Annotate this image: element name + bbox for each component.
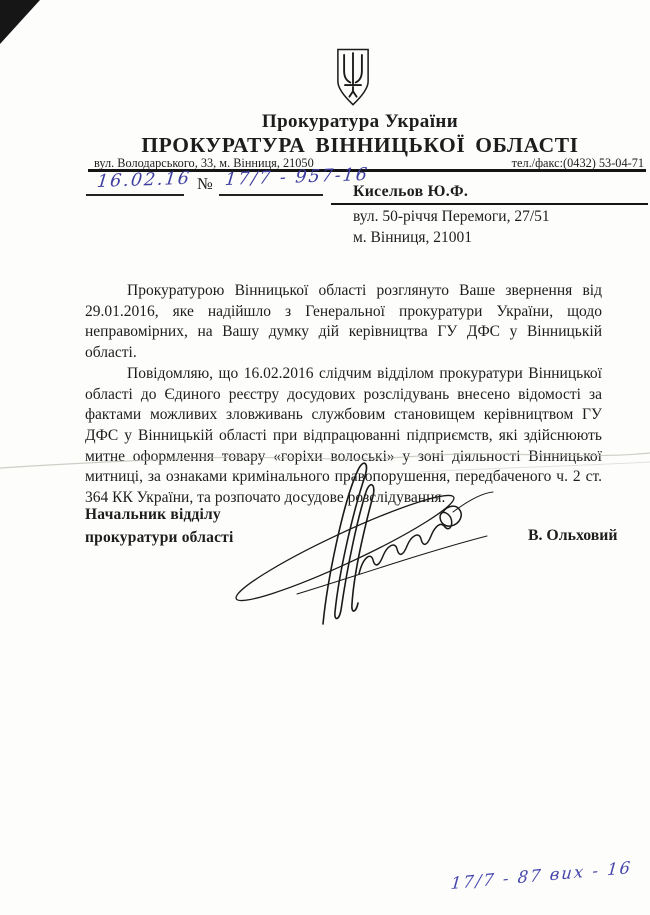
signer-title-line2: прокуратури області xyxy=(85,529,233,547)
number-underline xyxy=(219,194,323,196)
signer-title-line1: Начальник відділу xyxy=(85,506,221,524)
registry-note-handwritten: 17/7 - 87 вих - 16 xyxy=(450,858,633,893)
recipient-address-line1: вул. 50-річчя Перемоги, 27/51 xyxy=(353,208,550,226)
scanned-letter-page: Прокуратура України ПРОКУРАТУРА ВІННИЦЬК… xyxy=(0,0,650,915)
org-title: ПРОКУРАТУРА ВІННИЦЬКОЇ ОБЛАСТІ xyxy=(70,133,650,158)
org-parent-title: Прокуратура України xyxy=(70,111,650,133)
ref-date-handwritten: 16.02.16 xyxy=(96,169,192,192)
ukraine-trident-emblem-icon xyxy=(333,46,373,110)
recipient-rule xyxy=(331,203,648,205)
scan-corner-artifact xyxy=(0,0,40,44)
recipient-address-line2: м. Вінниця, 21001 xyxy=(353,229,472,247)
date-underline xyxy=(86,194,184,196)
ref-number-handwritten: 17/7 - 957-16 xyxy=(224,165,370,190)
signature-scribble-icon xyxy=(225,460,520,632)
body-paragraph-1: Прокуратурою Вінницької області розгляну… xyxy=(85,281,602,364)
signer-name: В. Ольховий xyxy=(528,527,617,545)
recipient-name: Кисельов Ю.Ф. xyxy=(353,183,468,201)
number-sign: № xyxy=(197,174,213,194)
